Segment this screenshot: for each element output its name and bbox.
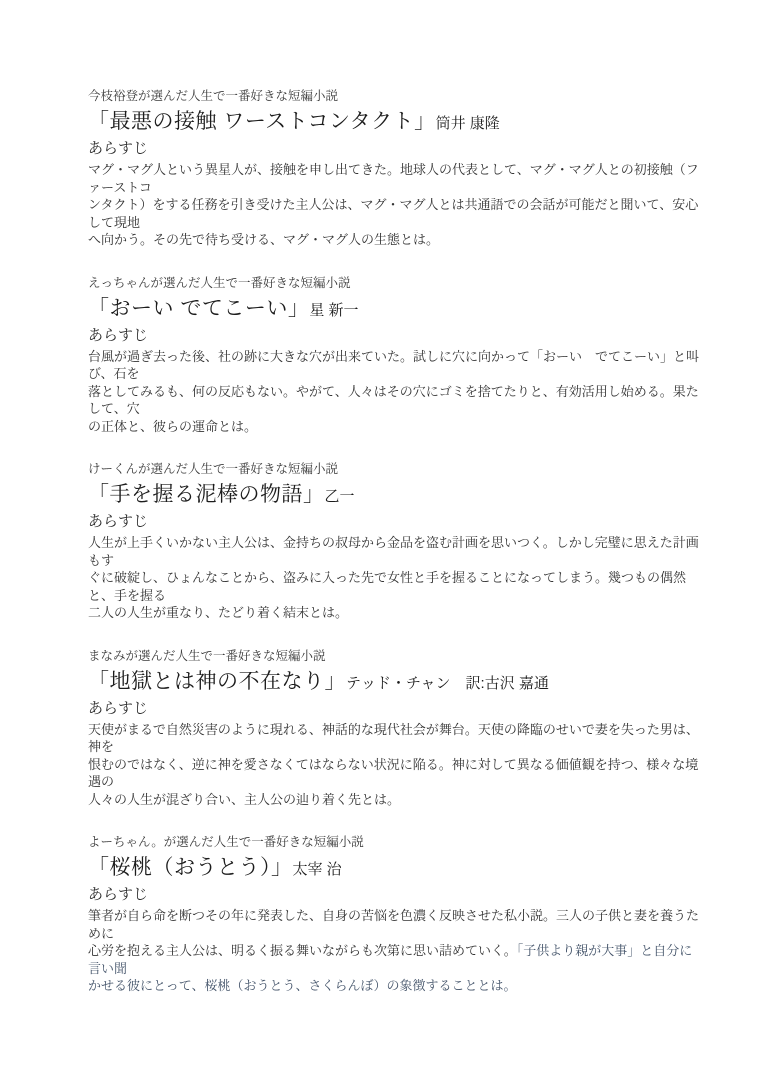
story-title: 「桜桃（おうとう）」 (88, 856, 293, 879)
story-title: 「おーい でてこーい」 (88, 297, 309, 320)
synopsis-label: あらすじ (88, 139, 700, 159)
story-author: 筒井 康隆 (436, 115, 500, 132)
story-section: けーくんが選んだ人生で一番好きな短編小説 「手を握る泥棒の物語」乙一 あらすじ … (88, 461, 700, 622)
synopsis-text: 天使がまるで自然災害のように現れる、神話的な現代社会が舞台。天使の降臨のせいで妻… (88, 722, 699, 807)
synopsis-body: 天使がまるで自然災害のように現れる、神話的な現代社会が舞台。天使の降臨のせいで妻… (88, 721, 700, 809)
synopsis-body: マグ・マグ人という異星人が、接触を申し出てきた。地球人の代表として、マグ・マグ人… (88, 161, 700, 249)
story-author: テッド・チャン 訳:古沢 嘉通 (346, 675, 549, 692)
story-title-line: 「手を握る泥棒の物語」乙一 (88, 481, 700, 510)
story-title-line: 「最悪の接触 ワーストコンタクト」筒井 康隆 (88, 108, 700, 137)
story-title: 「最悪の接触 ワーストコンタクト」 (88, 110, 436, 133)
story-section: よーちゃん。が選んだ人生で一番好きな短編小説 「桜桃（おうとう）」太宰 治 あら… (88, 834, 700, 995)
story-section: まなみが選んだ人生で一番好きな短編小説 「地獄とは神の不在なり」テッド・チャン … (88, 648, 700, 809)
story-author: 太宰 治 (293, 861, 342, 878)
picker-line: まなみが選んだ人生で一番好きな短編小説 (88, 648, 700, 665)
picker-line: けーくんが選んだ人生で一番好きな短編小説 (88, 461, 700, 478)
picker-line: えっちゃんが選んだ人生で一番好きな短編小説 (88, 275, 700, 292)
story-title-line: 「おーい でてこーい」星 新一 (88, 295, 700, 324)
synopsis-body: 筆者が自ら命を断つその年に発表した、自身の苦悩を色濃く反映させた私小説。三人の子… (88, 907, 700, 995)
story-title-line: 「地獄とは神の不在なり」テッド・チャン 訳:古沢 嘉通 (88, 668, 700, 697)
synopsis-label: あらすじ (88, 326, 700, 346)
synopsis-text: 台風が過ぎ去った後、社の跡に大きな穴が出来ていた。試しに穴に向かって「おーい で… (88, 349, 699, 434)
picker-line: 今枝裕登が選んだ人生で一番好きな短編小説 (88, 88, 700, 105)
synopsis-body: 台風が過ぎ去った後、社の跡に大きな穴が出来ていた。試しに穴に向かって「おーい で… (88, 348, 700, 436)
picker-line: よーちゃん。が選んだ人生で一番好きな短編小説 (88, 834, 700, 851)
story-author: 乙一 (325, 488, 355, 505)
story-title: 「地獄とは神の不在なり」 (88, 670, 346, 693)
synopsis-text: 人生が上手くいかない主人公は、金持ちの叔母から金品を盗む計画を思いつく。しかし完… (88, 535, 699, 620)
synopsis-text: マグ・マグ人という異星人が、接触を申し出てきた。地球人の代表として、マグ・マグ人… (88, 162, 699, 247)
story-title: 「手を握る泥棒の物語」 (88, 483, 325, 506)
story-title-line: 「桜桃（おうとう）」太宰 治 (88, 854, 700, 883)
synopsis-label: あらすじ (88, 699, 700, 719)
story-author: 星 新一 (309, 302, 358, 319)
synopsis-label: あらすじ (88, 512, 700, 532)
story-section: えっちゃんが選んだ人生で一番好きな短編小説 「おーい でてこーい」星 新一 あら… (88, 275, 700, 436)
synopsis-body: 人生が上手くいかない主人公は、金持ちの叔母から金品を盗む計画を思いつく。しかし完… (88, 534, 700, 622)
synopsis-label: あらすじ (88, 885, 700, 905)
document-page: 今枝裕登が選んだ人生で一番好きな短編小説 「最悪の接触 ワーストコンタクト」筒井… (0, 0, 765, 1080)
story-section: 今枝裕登が選んだ人生で一番好きな短編小説 「最悪の接触 ワーストコンタクト」筒井… (88, 88, 700, 249)
document-content: 今枝裕登が選んだ人生で一番好きな短編小説 「最悪の接触 ワーストコンタクト」筒井… (88, 88, 700, 1021)
